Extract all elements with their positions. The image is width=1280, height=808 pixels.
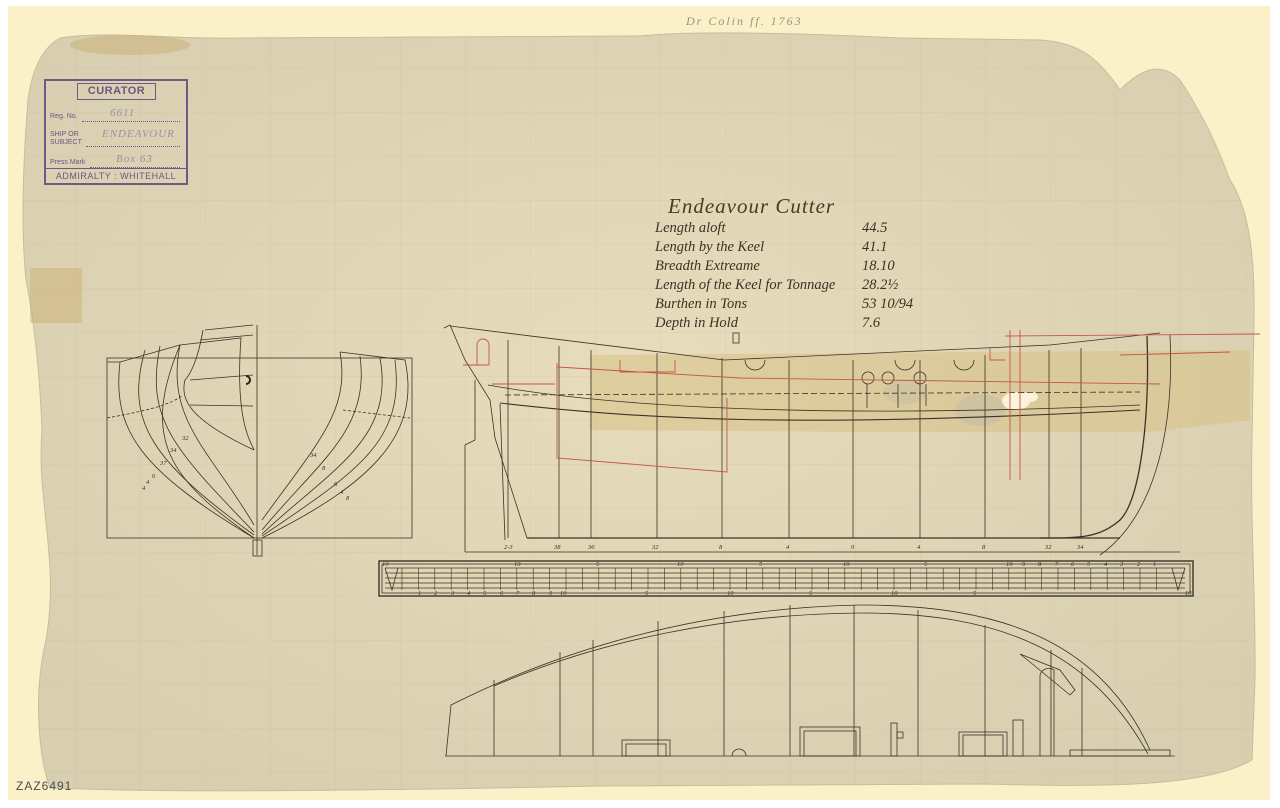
dimension-row: Length aloft 44.5 bbox=[655, 220, 925, 239]
body-label: 32 bbox=[181, 435, 189, 442]
svg-text:32: 32 bbox=[651, 544, 659, 551]
catalog-number: ZAZ6491 bbox=[16, 779, 72, 793]
ship-plan-drawing: 32 34 37 6 4 4 34 8 6 4 8 bbox=[0, 0, 1280, 808]
svg-text:38: 38 bbox=[553, 544, 561, 551]
dimension-value: 7.6 bbox=[862, 315, 880, 332]
svg-text:32: 32 bbox=[1044, 544, 1052, 551]
svg-text:10: 10 bbox=[514, 561, 521, 568]
svg-text:36: 36 bbox=[587, 544, 595, 551]
ship-value: ENDEAVOUR bbox=[102, 128, 175, 140]
svg-text:2-3: 2-3 bbox=[504, 544, 513, 551]
svg-text:10: 10 bbox=[727, 590, 734, 597]
svg-text:10: 10 bbox=[1006, 561, 1013, 568]
svg-text:10: 10 bbox=[382, 561, 389, 568]
svg-text:34: 34 bbox=[169, 447, 177, 454]
press-mark-label: Press Mark bbox=[50, 159, 85, 167]
dimension-row: Burthen in Tons 53 10/94 bbox=[655, 296, 925, 315]
svg-text:10: 10 bbox=[560, 590, 567, 597]
pencil-annotation: Dr Colin ff. 1763 bbox=[686, 14, 803, 29]
svg-text:10: 10 bbox=[677, 561, 684, 568]
dimension-row: Depth in Hold 7.6 bbox=[655, 315, 925, 334]
ship-line bbox=[86, 146, 180, 147]
dimension-label: Length by the Keel bbox=[655, 239, 764, 256]
dimension-label: Burthen in Tons bbox=[655, 296, 747, 313]
dimension-label: Length of the Keel for Tonnage bbox=[655, 277, 835, 294]
svg-text:10: 10 bbox=[843, 561, 850, 568]
dimension-row: Breadth Extreame 18.10 bbox=[655, 258, 925, 277]
svg-text:37: 37 bbox=[159, 460, 167, 467]
ship-label-2: SUBJECT bbox=[50, 139, 82, 147]
dimension-value: 53 10/94 bbox=[862, 296, 913, 313]
dimension-label: Depth in Hold bbox=[655, 315, 738, 332]
press-mark-value: Box 63 bbox=[116, 153, 153, 165]
stamp-footer: ADMIRALTY : WHITEHALL bbox=[46, 168, 186, 183]
dimension-label: Length aloft bbox=[655, 220, 726, 237]
dimension-value: 18.10 bbox=[862, 258, 895, 275]
reg-no-value: 6611 bbox=[110, 107, 135, 119]
dimensions-table: Length aloft 44.5 Length by the Keel 41.… bbox=[655, 220, 925, 334]
svg-text:10: 10 bbox=[1185, 590, 1192, 597]
svg-text:1: 1 bbox=[418, 590, 421, 597]
reg-no-label: Reg. No. bbox=[50, 113, 78, 121]
svg-text:10: 10 bbox=[891, 590, 898, 597]
svg-text:1: 1 bbox=[1153, 561, 1156, 568]
svg-text:34: 34 bbox=[309, 452, 317, 459]
curator-stamp: CURATOR Reg. No. 6611 SHIP OR SUBJECT EN… bbox=[44, 79, 188, 185]
stamp-header: CURATOR bbox=[77, 83, 156, 100]
dimension-value: 28.2½ bbox=[862, 277, 898, 294]
ship-label-1: SHIP OR bbox=[50, 131, 79, 139]
dimension-value: 44.5 bbox=[862, 220, 887, 237]
plan-title: Endeavour Cutter bbox=[668, 194, 835, 219]
dimension-row: Length of the Keel for Tonnage 28.2½ bbox=[655, 277, 925, 296]
dimension-label: Breadth Extreame bbox=[655, 258, 760, 275]
svg-text:34: 34 bbox=[1076, 544, 1084, 551]
reg-no-line bbox=[82, 121, 180, 122]
dimension-value: 41.1 bbox=[862, 239, 887, 256]
dimension-row: Length by the Keel 41.1 bbox=[655, 239, 925, 258]
